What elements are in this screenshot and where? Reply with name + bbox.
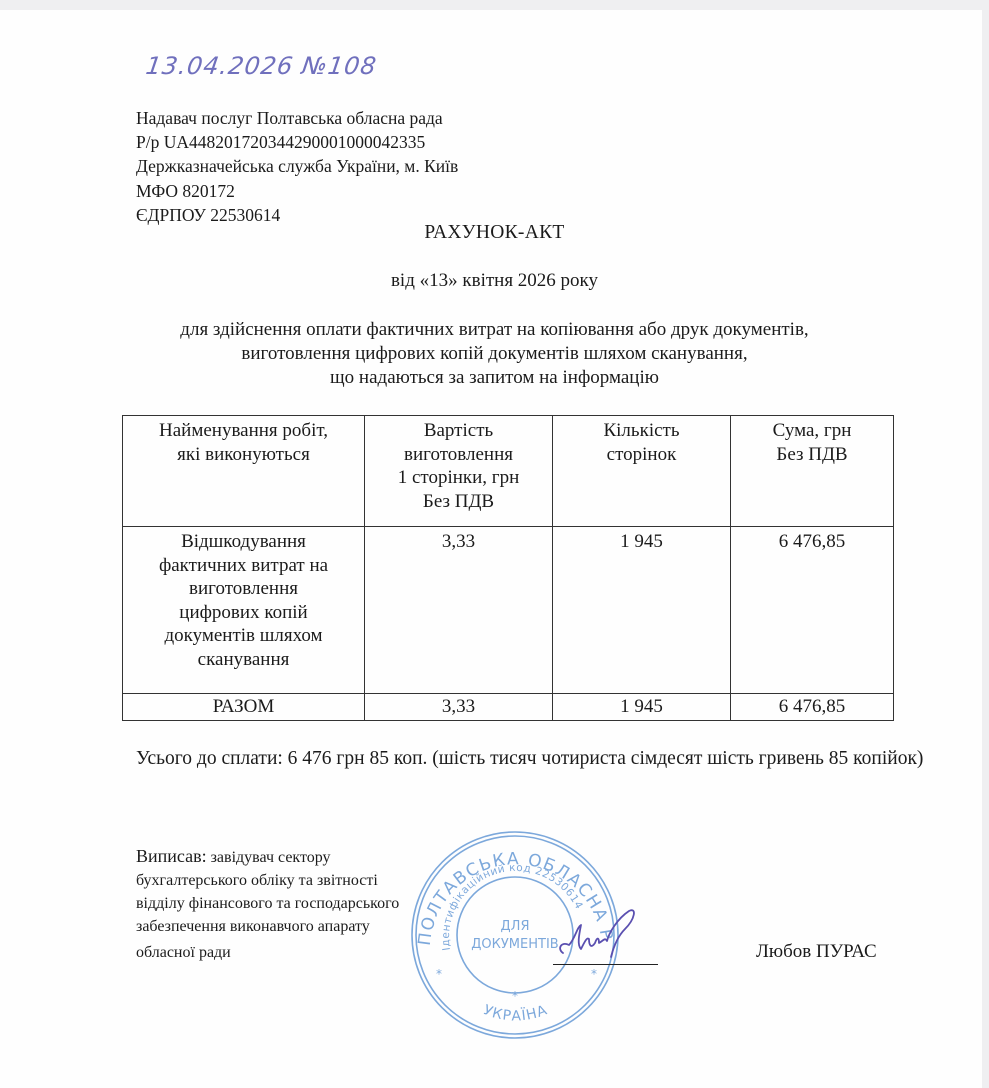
total-due-text: Усього до сплати: 6 476 грн 85 коп. (шіс… bbox=[136, 744, 940, 773]
services-table: Найменування робіт, які виконуються Варт… bbox=[122, 415, 894, 721]
bank-name: Держказначейська служба України, м. Київ bbox=[136, 154, 458, 178]
handwritten-registration-note: 13.04.2026 №108 bbox=[144, 52, 379, 80]
table-header-row: Найменування робіт, які виконуються Варт… bbox=[123, 416, 894, 527]
document-date: від «13» квітня 2026 року bbox=[0, 270, 989, 292]
signature-line bbox=[553, 964, 658, 965]
document-purpose: для здійснення оплати фактичних витрат н… bbox=[0, 318, 989, 390]
stamp-bottom-text: УКРАЇНА bbox=[481, 1002, 550, 1024]
table-row: Відшкодування фактичних витрат на вигото… bbox=[123, 527, 894, 694]
svg-text:*: * bbox=[436, 967, 442, 981]
issuer-lead: Виписав: bbox=[136, 846, 207, 866]
cell-unit-price: 3,33 bbox=[365, 527, 553, 694]
total-pages: 1 945 bbox=[553, 694, 731, 721]
purpose-line: для здійснення оплати фактичних витрат н… bbox=[0, 318, 989, 342]
svg-text:*: * bbox=[591, 967, 597, 981]
total-unit-price: 3,33 bbox=[365, 694, 553, 721]
issuer-position-line: відділу фінансового та господарського bbox=[136, 892, 399, 915]
purpose-line: виготовлення цифрових копій документів ш… bbox=[0, 342, 989, 366]
issuer-position-line: обласної ради bbox=[136, 941, 399, 964]
table-total-row: РАЗОМ 3,33 1 945 6 476,85 bbox=[123, 694, 894, 721]
stamp-center-line: ДОКУМЕНТІВ bbox=[471, 937, 558, 952]
bank-account: Р/р UA448201720344290001000042335 bbox=[136, 130, 458, 154]
total-label: РАЗОМ bbox=[123, 694, 365, 721]
provider-requisites: Надавач послуг Полтавська обласна рада Р… bbox=[136, 106, 458, 227]
header-cell-unit-price: Вартість виготовлення 1 сторінки, грн Бе… bbox=[365, 416, 553, 527]
signer-name: Любов ПУРАС bbox=[756, 941, 877, 963]
header-cell-pages: Кількість сторінок bbox=[553, 416, 731, 527]
purpose-line: що надаються за запитом на інформацію bbox=[0, 366, 989, 390]
signature-icon bbox=[555, 905, 665, 965]
cell-service-name: Відшкодування фактичних витрат на вигото… bbox=[123, 527, 365, 694]
total-sum: 6 476,85 bbox=[731, 694, 894, 721]
svg-text:*: * bbox=[512, 989, 518, 1003]
issuer-block: Виписав: завідувач сектору бухгалтерсько… bbox=[136, 845, 399, 964]
provider-name: Надавач послуг Полтавська обласна рада bbox=[136, 106, 458, 130]
issuer-position-line: бухгалтерського обліку та звітності bbox=[136, 869, 399, 892]
svg-text:УКРАЇНА: УКРАЇНА bbox=[481, 1002, 550, 1024]
issuer-position-line: завідувач сектору bbox=[211, 849, 331, 866]
cell-sum: 6 476,85 bbox=[731, 527, 894, 694]
header-cell-sum: Сума, грн Без ПДВ bbox=[731, 416, 894, 527]
document-title: РАХУНОК-АКТ bbox=[0, 222, 989, 244]
mfo-code: МФО 820172 bbox=[136, 179, 458, 203]
stamp-center-line: ДЛЯ bbox=[501, 919, 530, 934]
header-cell-service: Найменування робіт, які виконуються bbox=[123, 416, 365, 527]
cell-pages: 1 945 bbox=[553, 527, 731, 694]
issuer-position-line: забезпечення виконавчого апарату bbox=[136, 915, 399, 938]
